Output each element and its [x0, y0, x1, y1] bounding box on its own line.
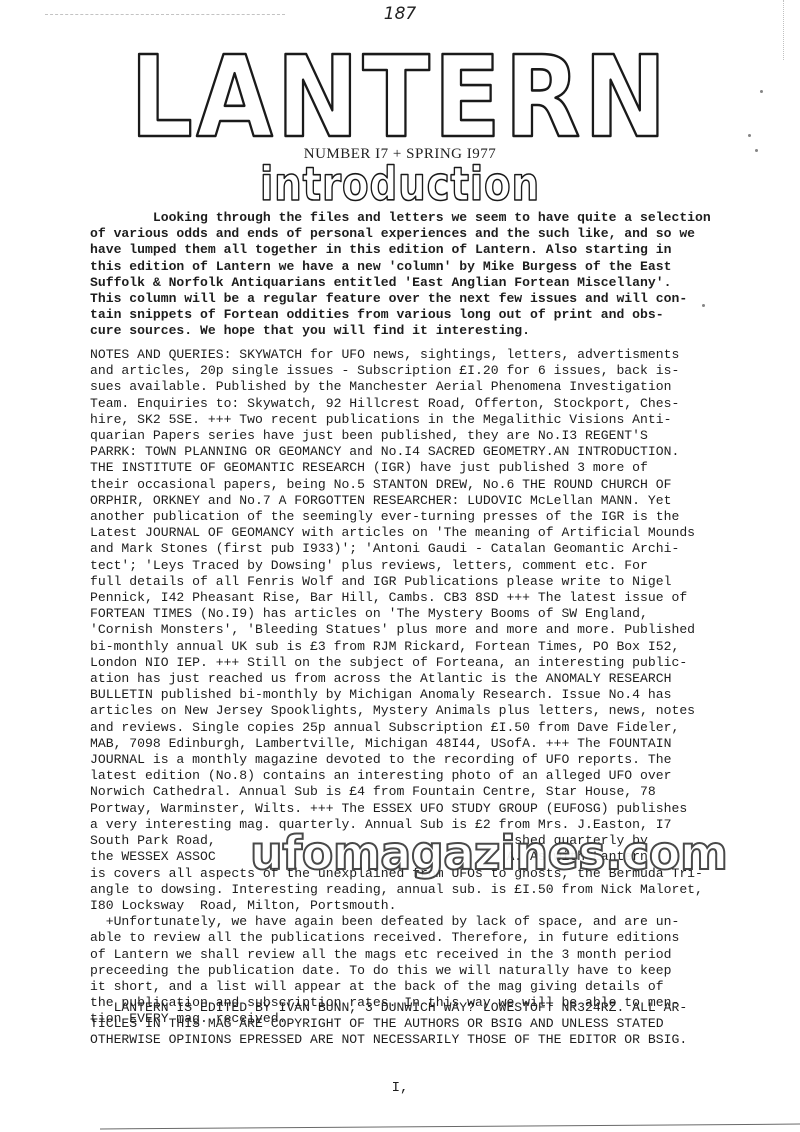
section-heading: introduction — [0, 158, 800, 208]
text-line: MAB, 7098 Edinburgh, Lambertville, Michi… — [90, 736, 714, 752]
text-line: Looking through the files and letters we… — [90, 210, 714, 226]
text-line: sues available. Published by the Manches… — [90, 379, 714, 395]
scan-speck — [702, 304, 705, 307]
text-line: this edition of Lantern we have a new 'c… — [90, 259, 714, 275]
text-line: Team. Enquiries to: Skywatch, 92 Hillcre… — [90, 396, 714, 412]
text-line: preceeding the publication date. To do t… — [90, 963, 714, 979]
text-line: Latest JOURNAL OF GEOMANCY with articles… — [90, 525, 714, 541]
text-line: have lumped them all together in this ed… — [90, 242, 714, 258]
text-line: tain snippets of Fortean oddities from v… — [90, 307, 714, 323]
text-line: London NIO IEP. +++ Still on the subject… — [90, 655, 714, 671]
text-line: OTHERWISE OPINIONS EPRESSED ARE NOT NECE… — [90, 1032, 714, 1048]
text-line: articles on New Jersey Spooklights, Myst… — [90, 703, 714, 719]
text-line: Norwich Cathedral. Annual Sub is £4 from… — [90, 784, 714, 800]
handwritten-page-number: 187 — [0, 4, 800, 24]
masthead-logo: LANTERN — [120, 38, 680, 150]
text-line: quarian Papers series have just been pub… — [90, 428, 714, 444]
text-line: ation has just reached us from across th… — [90, 671, 714, 687]
text-line: NOTES AND QUERIES: SKYWATCH for UFO news… — [90, 347, 714, 363]
text-line: Pennick, I42 Pheasant Rise, Bar Hill, Ca… — [90, 590, 714, 606]
text-line: LANTERN IS EDITED BY IVAN BUNN, 3 DUNWIC… — [90, 1000, 714, 1016]
masthead: LANTERN — [0, 38, 800, 150]
text-line: a very interesting mag. quarterly. Annua… — [90, 817, 714, 833]
text-line: angle to dowsing. Interesting reading, a… — [90, 882, 714, 898]
intro-paragraph: Looking through the files and letters we… — [90, 210, 714, 340]
text-line: Portway, Warminster, Wilts. +++ The ESSE… — [90, 801, 714, 817]
text-line: full details of all Fenris Wolf and IGR … — [90, 574, 714, 590]
scan-speck — [755, 149, 758, 152]
text-line: 'Cornish Monsters', 'Bleeding Statues' p… — [90, 622, 714, 638]
text-line: able to review all the publications rece… — [90, 930, 714, 946]
text-line: and Mark Stones (first pub I933)'; 'Anto… — [90, 541, 714, 557]
text-line: ORPHIR, ORKNEY and No.7 A FORGOTTEN RESE… — [90, 493, 714, 509]
text-line: THE INSTITUTE OF GEOMANTIC RESEARCH (IGR… — [90, 460, 714, 476]
text-line: the WESSEX ASSOC A. As with Lantern — [90, 849, 714, 865]
text-line: another publication of the seemingly eve… — [90, 509, 714, 525]
section-title: introduction — [260, 158, 540, 208]
scan-speck — [748, 134, 751, 137]
text-line: PARRK: TOWN PLANNING OR GEOMANCY and No.… — [90, 444, 714, 460]
text-line: bi-monthly annual UK sub is £3 from RJM … — [90, 639, 714, 655]
text-line: BULLETIN published bi-monthly by Michiga… — [90, 687, 714, 703]
text-line: it short, and a list will appear at the … — [90, 979, 714, 995]
text-line: JOURNAL is a monthly magazine devoted to… — [90, 752, 714, 768]
notes-and-queries: NOTES AND QUERIES: SKYWATCH for UFO news… — [90, 347, 714, 1028]
text-line: of various odds and ends of personal exp… — [90, 226, 714, 242]
text-line: I80 Locksway Road, Milton, Portsmouth. — [90, 898, 714, 914]
text-line: South Park Road, shed quarterly by — [90, 833, 714, 849]
text-line: of Lantern we shall review all the mags … — [90, 947, 714, 963]
text-line: and articles, 20p single issues - Subscr… — [90, 363, 714, 379]
text-line: cure sources. We hope that you will find… — [90, 323, 714, 339]
text-line: is covers all aspects of the unexplained… — [90, 866, 714, 882]
text-line: TICLES IN THIS MAG ARE COPYRIGHT OF THE … — [90, 1016, 714, 1032]
text-line: tect'; 'Leys Traced by Dowsing' plus rev… — [90, 558, 714, 574]
text-line: This column will be a regular feature ov… — [90, 291, 714, 307]
text-line: +Unfortunately, we have again been defea… — [90, 914, 714, 930]
section-heading-logo: introduction — [250, 158, 550, 208]
text-line: hire, SK2 5SE. +++ Two recent publicatio… — [90, 412, 714, 428]
text-line: Suffolk & Norfolk Antiquarians entitled … — [90, 275, 714, 291]
scan-bottom-rule — [100, 1124, 800, 1130]
scan-speck — [760, 90, 763, 93]
masthead-title: LANTERN — [130, 38, 670, 150]
text-line: FORTEAN TIMES (No.I9) has articles on 'T… — [90, 606, 714, 622]
text-line: latest edition (No.8) contains an intere… — [90, 768, 714, 784]
text-line: their occasional papers, being No.5 STAN… — [90, 477, 714, 493]
editorial-footer: LANTERN IS EDITED BY IVAN BUNN, 3 DUNWIC… — [90, 1000, 714, 1049]
folio-page-number: I, — [0, 1080, 800, 1096]
text-line: and reviews. Single copies 25p annual Su… — [90, 720, 714, 736]
